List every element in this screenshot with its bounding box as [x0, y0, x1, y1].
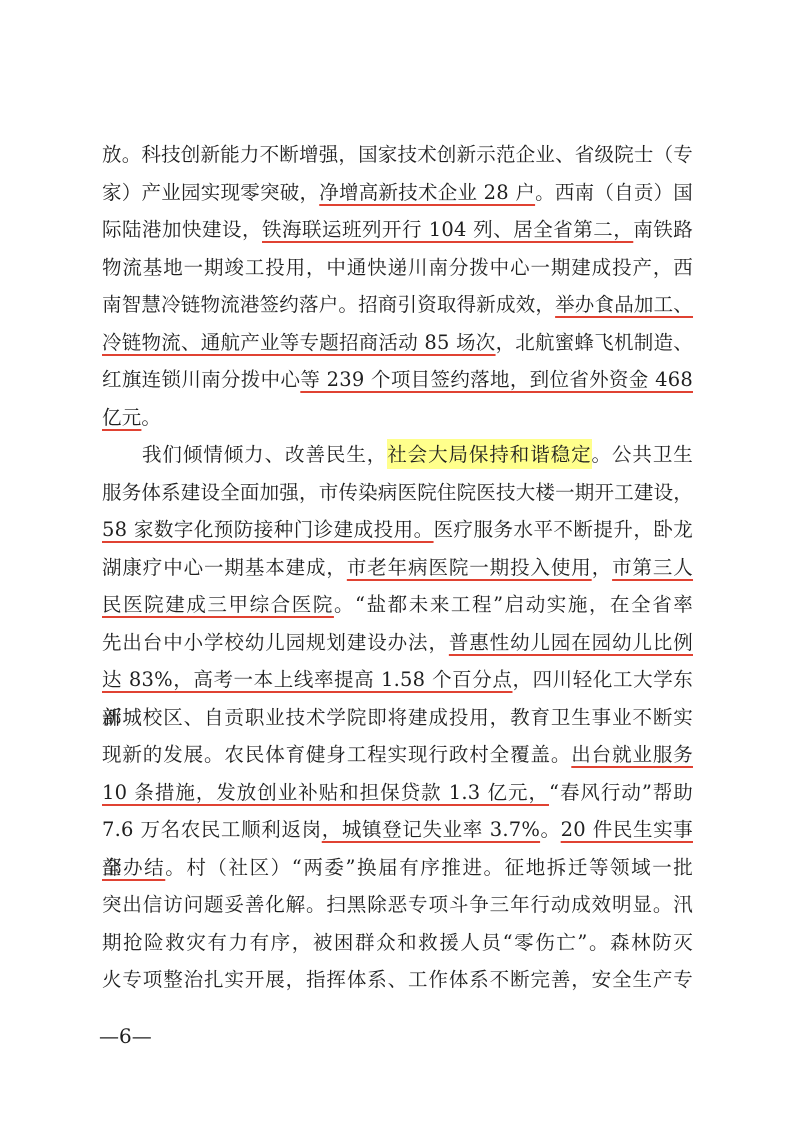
- text-line: 物流基地一期竣工投用，中通快递川南分拨中心一期建成投产，西: [102, 249, 693, 287]
- yellow-highlighted-text: 社会大局保持和谐稳定: [387, 439, 591, 469]
- body-text-segment: 。: [540, 818, 561, 841]
- red-underlined-text: 等 239 个项目签约落地，到位省外资金 468: [300, 368, 693, 391]
- text-line: 南智慧冷链物流港签约落户。招商引资取得新成效，举办食品加工、: [102, 286, 693, 324]
- document-page: 放。科技创新能力不断增强，国家技术创新示范企业、省级院士（专家）产业园实现零突破…: [0, 0, 793, 1122]
- red-underlined-text: 净增高新技术企业 28 户: [319, 181, 535, 204]
- body-text-segment: 我们倾情倾力、改善民生，: [142, 443, 387, 466]
- body-text-segment: 际陆港加快建设，: [102, 218, 262, 241]
- red-underlined-text: 民医院建成三甲综合医院: [102, 593, 334, 616]
- body-text-segment: 南智慧冷链物流港签约落户。招商引资取得新成效，: [102, 293, 555, 316]
- body-text-segment: 。村（社区）“两委”换届有序推进。征地拆迁等领域一批: [165, 856, 693, 879]
- body-text-segment: 突出信访问题妥善化解。扫黑除恶专项斗争三年行动成效明显。汛: [102, 893, 693, 916]
- red-underlined-text: 部办结: [102, 856, 165, 879]
- text-line: 部办结。村（社区）“两委”换届有序推进。征地拆迁等领域一批: [102, 849, 693, 887]
- body-text-segment: 。西南（自贡）国: [535, 181, 693, 204]
- text-line: 家）产业园实现零突破，净增高新技术企业 28 户。西南（自贡）国: [102, 174, 693, 212]
- text-line: 58 家数字化预防接种门诊建成投用。医疗服务水平不断提升，卧龙: [102, 511, 693, 549]
- body-text-segment: 先出台中小学校幼儿园规划建设办法，: [102, 631, 449, 654]
- body-text-segment: ，北航蜜蜂飞机制造、: [496, 331, 693, 354]
- body-text-segment: 物流基地一期竣工投用，中通快递川南分拨中心一期建成投产，西: [102, 256, 693, 279]
- text-line: 冷链物流、通航产业等专题招商活动 85 场次，北航蜜蜂飞机制造、: [102, 324, 693, 362]
- body-text-segment: “春风行动”帮助: [549, 781, 693, 804]
- body-text-segment: 7.6 万名农民工顺利返岗: [102, 818, 322, 841]
- body-text-segment: 。: [141, 406, 161, 429]
- text-line: 民医院建成三甲综合医院。“盐都未来工程”启动实施，在全省率: [102, 586, 693, 624]
- page-number: —6—: [99, 1024, 152, 1048]
- text-line: 湖康疗中心一期基本建成，市老年病医院一期投入使用，市第三人: [102, 549, 693, 587]
- red-underlined-text: 出台就业服务: [571, 743, 693, 766]
- body-text-segment: 。公共卫生: [592, 443, 693, 466]
- red-underlined-text: 普惠性幼儿园在园幼儿比例: [449, 631, 693, 654]
- text-line: 达 83%，高考一本上线率提高 1.58 个百分点，四川轻化工大学东部: [102, 661, 693, 699]
- body-text-segment: 现新的发展。农民体育健身工程实现行政村全覆盖。: [102, 743, 571, 766]
- text-line: 服务体系建设全面加强，市传染病医院住院医技大楼一期开工建设，: [102, 474, 693, 512]
- text-line: 期抢险救灾有力有序，被困群众和救援人员“零伤亡”。森林防灭: [102, 924, 693, 962]
- body-text-segment: 南铁路: [633, 218, 693, 241]
- text-line: 现新的发展。农民体育健身工程实现行政村全覆盖。出台就业服务: [102, 736, 693, 774]
- red-underlined-text: 市老年病医院一期投入使用: [347, 556, 592, 579]
- red-underlined-text: ，城镇登记失业率 3.7%: [322, 818, 540, 841]
- body-text-segment: 。“盐都未来工程”启动实施，在全省率: [334, 593, 693, 616]
- red-underlined-text: 铁海联运班列开行 104 列、居全省第二，: [262, 218, 633, 241]
- text-line: 火专项整治扎实开展，指挥体系、工作体系不断完善，安全生产专: [102, 961, 693, 999]
- red-underlined-text: 市第三人: [612, 556, 693, 579]
- body-text-segment: 湖康疗中心一期基本建成，: [102, 556, 347, 579]
- text-line: 际陆港加快建设，铁海联运班列开行 104 列、居全省第二，南铁路: [102, 211, 693, 249]
- body-text-segment: 服务体系建设全面加强，市传染病医院住院医技大楼一期开工建设，: [102, 481, 693, 504]
- text-line: 放。科技创新能力不断增强，国家技术创新示范企业、省级院士（专: [102, 136, 693, 174]
- body-text-segment: 放。科技创新能力不断增强，国家技术创新示范企业、省级院士（专: [102, 143, 693, 166]
- text-line: 突出信访问题妥善化解。扫黑除恶专项斗争三年行动成效明显。汛: [102, 886, 693, 924]
- text-line: 红旗连锁川南分拨中心等 239 个项目签约落地，到位省外资金 468: [102, 361, 693, 399]
- text-line: 我们倾情倾力、改善民生，社会大局保持和谐稳定。公共卫生: [102, 436, 693, 474]
- text-line: 先出台中小学校幼儿园规划建设办法，普惠性幼儿园在园幼儿比例: [102, 624, 693, 662]
- document-body: 放。科技创新能力不断增强，国家技术创新示范企业、省级院士（专家）产业园实现零突破…: [102, 136, 693, 999]
- text-line: 亿元。: [102, 399, 693, 437]
- text-line: 新城校区、自贡职业技术学院即将建成投用，教育卫生事业不断实: [102, 699, 693, 737]
- red-underlined-text: 10 条措施，发放创业补贴和担保贷款 1.3 亿元，: [102, 781, 549, 804]
- body-text-segment: 家）产业园实现零突破，: [102, 181, 319, 204]
- body-text-segment: 红旗连锁川南分拨中心: [102, 368, 300, 391]
- text-line: 7.6 万名农民工顺利返岗，城镇登记失业率 3.7%。20 件民生实事全: [102, 811, 693, 849]
- red-underlined-text: 亿元: [102, 406, 141, 429]
- text-line: 10 条措施，发放创业补贴和担保贷款 1.3 亿元，“春风行动”帮助: [102, 774, 693, 812]
- body-text-segment: ，: [592, 556, 612, 579]
- red-underlined-text: 58 家数字化预防接种门诊建成投用。: [102, 518, 434, 541]
- red-underlined-text: 达 83%，高考一本上线率提高 1.58 个百分点: [102, 668, 512, 691]
- body-text-segment: 新城校区、自贡职业技术学院即将建成投用，教育卫生事业不断实: [102, 706, 693, 729]
- red-underlined-text: 举办食品加工、: [555, 293, 693, 316]
- red-underlined-text: 冷链物流、通航产业等专题招商活动 85 场次: [102, 331, 496, 354]
- body-text-segment: 火专项整治扎实开展，指挥体系、工作体系不断完善，安全生产专: [102, 968, 693, 991]
- body-text-segment: 医疗服务水平不断提升，卧龙: [434, 518, 693, 541]
- body-text-segment: 期抢险救灾有力有序，被困群众和救援人员“零伤亡”。森林防灭: [102, 931, 693, 954]
